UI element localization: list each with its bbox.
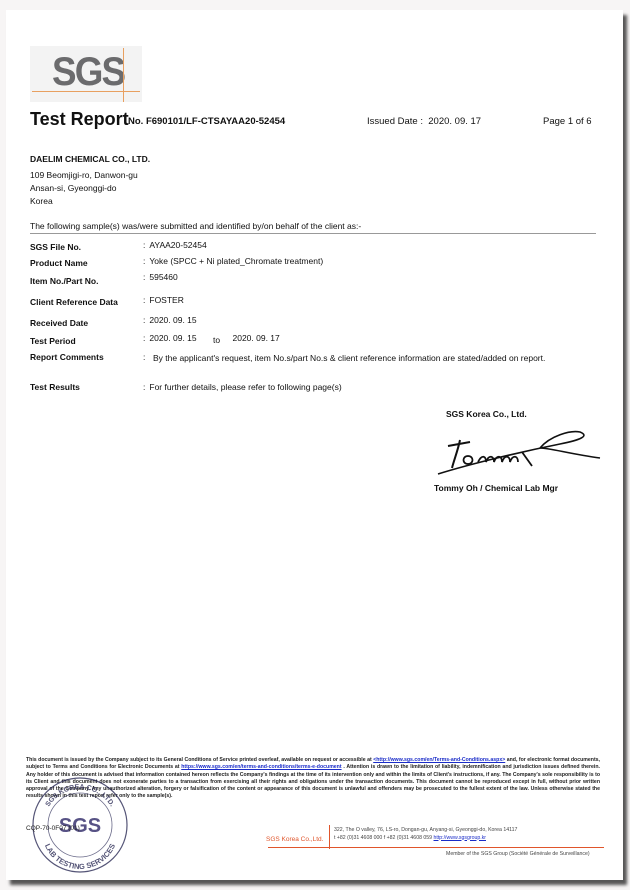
sgs-logo: SGS <box>30 46 142 102</box>
field-label-sgs-file-no: SGS File No. <box>30 242 81 252</box>
intro-statement: The following sample(s) was/were submitt… <box>30 221 361 231</box>
comment-colon: : <box>143 352 145 362</box>
handwritten-signature <box>430 422 610 482</box>
field-label-report-comments: Report Comments <box>30 352 104 362</box>
client-block: DAELIM CHEMICAL CO., LTD. 109 Beomjigi-r… <box>30 153 150 208</box>
footer-member-note: Member of the SGS Group (Société Général… <box>446 851 590 857</box>
terms-conditions-link[interactable]: <http://www.sgs.com/en/Terms-and-Conditi… <box>373 757 505 763</box>
signatory-name: Tommy Oh / Chemical Lab Mgr <box>434 483 558 493</box>
footer-company: SGS Korea Co.,Ltd. <box>266 836 323 843</box>
logo-text: SGS <box>52 50 124 95</box>
footer-contact: t +82 (0)31 4608 000 f +82 (0)31 4608 05… <box>334 835 517 843</box>
field-label-test-period: Test Period <box>30 336 76 346</box>
client-address-line2: Ansan-si, Gyeonggi-do <box>30 182 150 195</box>
field-value-item-no: :595460 <box>143 272 178 282</box>
field-label-test-results: Test Results <box>30 382 80 392</box>
issued-date: Issued Date : 2020. 09. 17 <box>367 116 481 127</box>
signing-company: SGS Korea Co., Ltd. <box>446 409 527 419</box>
field-value-report-comments: By the applicant's request, item No.s/pa… <box>153 352 601 364</box>
client-country: Korea <box>30 195 150 208</box>
field-value-test-period: :2020. 09. 15 to 2020. 09. 17 <box>143 333 280 343</box>
report-number: No. F690101/LF-CTSAYAA20-52454 <box>128 116 285 127</box>
field-value-test-results: :For further details, please refer to fo… <box>143 382 342 392</box>
field-label-received-date: Received Date <box>30 318 88 328</box>
report-title: Test Report <box>30 109 129 130</box>
form-code: CQP-70-0F07 (01) <box>26 825 80 832</box>
issued-date-value: 2020. 09. 17 <box>428 116 481 127</box>
footer-street-address: 322, The O valley, 76, LS-ro, Dongan-gu,… <box>334 827 517 835</box>
field-value-client-reference: :FOSTER <box>143 295 184 305</box>
field-value-product-name: :Yoke (SPCC + Ni plated_Chromate treatme… <box>143 256 323 266</box>
client-name: DAELIM CHEMICAL CO., LTD. <box>30 153 150 166</box>
field-label-item-no: Item No./Part No. <box>30 276 98 286</box>
logo-rule-vertical <box>123 48 124 102</box>
client-address-line1: 109 Beomjigi-ro, Danwon-gu <box>30 169 150 182</box>
field-label-product-name: Product Name <box>30 258 88 268</box>
footer-divider-vertical <box>329 825 330 849</box>
terms-e-document-link[interactable]: https://www.sgs.com/en/terms-and-conditi… <box>181 764 341 770</box>
field-label-client-reference: Client Reference Data <box>30 297 118 307</box>
footer-divider-horizontal <box>268 847 604 848</box>
divider <box>30 233 596 234</box>
page-indicator: Page 1 of 6 <box>543 116 592 127</box>
footer-address: 322, The O valley, 76, LS-ro, Dongan-gu,… <box>334 827 517 842</box>
issued-date-label: Issued Date : <box>367 116 423 127</box>
website-link[interactable]: http://www.sgsgroup.kr <box>434 835 486 841</box>
field-value-received-date: :2020. 09. 15 <box>143 315 197 325</box>
field-value-sgs-file-no: :AYAA20-52454 <box>143 240 207 250</box>
